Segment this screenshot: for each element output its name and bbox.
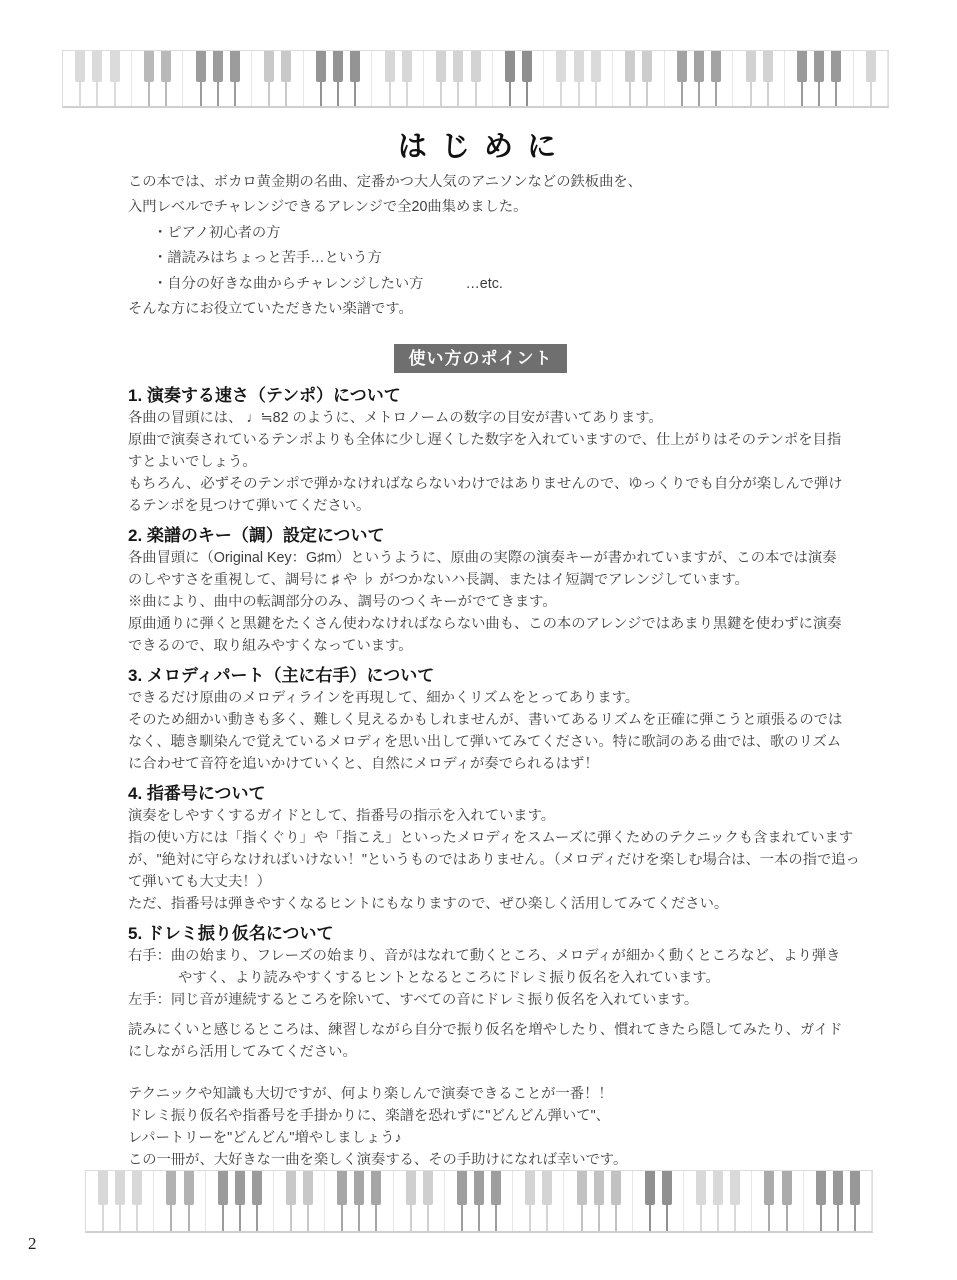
key-divider <box>170 1205 172 1231</box>
black-key <box>235 1171 245 1205</box>
black-key <box>371 1171 381 1205</box>
key-divider <box>786 1205 788 1231</box>
black-key <box>264 51 274 82</box>
key-divider <box>410 1205 412 1231</box>
section-tempo: 1. 演奏する速さ（テンポ）について 各曲の冒頭には、 ♩≒82 のように、メト… <box>128 385 928 517</box>
intro-line: この本では、ボカロ黄金期の名曲、定番かつ大人気のアニソンなどの鉄板曲を、 <box>128 170 918 195</box>
key-divider <box>427 1205 429 1231</box>
black-key <box>491 1171 501 1205</box>
intro-paragraph: この本では、ボカロ黄金期の名曲、定番かつ大人気のアニソンなどの鉄板曲を、 入門レ… <box>128 170 918 322</box>
black-key <box>303 1171 313 1205</box>
black-key <box>385 51 395 82</box>
black-key <box>782 1171 792 1205</box>
key-divider <box>239 1205 241 1231</box>
black-key <box>402 51 412 82</box>
section-heading: 3. メロディパート（主に右手）について <box>128 665 928 687</box>
section-line: のしやすさを重視して、調号に ♯ や ♭ がつかないハ長調、またはイ短調でアレン… <box>128 569 928 591</box>
section-key-setting: 2. 楽譜のキー（調）設定について 各曲冒頭に（Original Key：G♯m… <box>128 525 928 657</box>
closing-line: この一冊が、大好きな一曲を楽しく演奏する、その手助けになれば幸いです。 <box>128 1149 928 1171</box>
closing-line: レパートリーを"どんどん"増やしましょう♪ <box>128 1127 928 1149</box>
key-divider <box>750 82 752 106</box>
paragraph-line: 読みにくいと感じるところは、練習しながら自分で振り仮名を増やしたり、慣れてきたら… <box>128 1019 928 1041</box>
black-key <box>645 1171 655 1205</box>
intro-bullet-text: ・自分の好きな曲からチャレンジしたい方 <box>153 276 424 292</box>
black-key <box>132 1171 142 1205</box>
key-divider <box>234 82 236 106</box>
advice-paragraph: 読みにくいと感じるところは、練習しながら自分で振り仮名を増やしたり、慣れてきたら… <box>128 1019 928 1063</box>
key-divider <box>578 82 580 106</box>
black-key <box>696 1171 706 1205</box>
key-divider <box>406 82 408 106</box>
section-line: ただ、指番号は弾きやすくなるヒントにもなりますので、ぜひ楽しく活用してみてくださ… <box>128 893 928 915</box>
black-key <box>333 51 343 82</box>
section-line: 指の使い方には「指くぐり」や「指こえ」といったメロディをスムーズに弾くためのテク… <box>128 827 928 849</box>
key-divider <box>560 82 562 106</box>
key-divider <box>148 82 150 106</box>
black-key <box>350 51 360 82</box>
piano-keyboard-bottom <box>85 1170 873 1233</box>
key-divider <box>629 82 631 106</box>
black-key <box>713 1171 723 1205</box>
document-page: は じ め に この本では、ボカロ黄金期の名曲、定番かつ大人気のアニソンなどの鉄… <box>0 0 957 1280</box>
black-key <box>281 51 291 82</box>
section-line: もちろん、必ずそのテンポで弾かなければならないわけではありませんので、ゆっくりで… <box>128 473 928 495</box>
black-key <box>556 51 566 82</box>
section-line: に合わせて音符を追いかけていくと、自然にメロディが奏でられるはず！ <box>128 753 928 775</box>
black-key <box>522 51 532 82</box>
key-divider <box>256 1205 258 1231</box>
section-line: できるので、取り組みやすくなっています。 <box>128 635 928 657</box>
black-key <box>196 51 206 82</box>
key-divider <box>666 1205 668 1231</box>
black-key <box>316 51 326 82</box>
black-key <box>763 51 773 82</box>
key-divider <box>715 82 717 106</box>
section-line: やすく、より読みやすくするヒントとなるところにドレミ振り仮名を入れています。 <box>128 967 928 989</box>
key-divider <box>768 1205 770 1231</box>
key-divider <box>734 1205 736 1231</box>
black-key <box>746 51 756 82</box>
key-divider <box>188 1205 190 1231</box>
key-divider <box>136 1205 138 1231</box>
black-key <box>525 1171 535 1205</box>
section-melody-part: 3. メロディパート（主に右手）について できるだけ原曲のメロディラインを再現し… <box>128 665 928 775</box>
section-heading: 4. 指番号について <box>128 783 928 805</box>
section-finger-numbers: 4. 指番号について 演奏をしやすくするガイドとして、指番号の指示を入れています… <box>128 783 928 915</box>
key-divider <box>801 82 803 106</box>
key-divider <box>681 82 683 106</box>
black-key <box>161 51 171 82</box>
key-divider <box>820 1205 822 1231</box>
page-title: は じ め に <box>0 124 957 165</box>
key-divider <box>509 82 511 106</box>
section-line: なく、聴き馴染んで覚えているメロディを思い出して弾いてみてください。特に歌詞のあ… <box>128 731 928 753</box>
section-line: 原曲通りに弾くと黒鍵をたくさん使わなければならない曲も、この本のアレンジではあま… <box>128 613 928 635</box>
black-key <box>406 1171 416 1205</box>
black-key <box>184 1171 194 1205</box>
black-key <box>98 1171 108 1205</box>
key-divider <box>102 1205 104 1231</box>
key-divider <box>457 82 459 106</box>
section-heading: 2. 楽譜のキー（調）設定について <box>128 525 928 547</box>
section-line: 各曲の冒頭には、 ♩≒82 のように、メトロノームの数字の目安が書いてあります。 <box>128 407 928 429</box>
black-key <box>831 51 841 82</box>
black-key <box>577 1171 587 1205</box>
key-divider <box>96 82 98 106</box>
black-key <box>110 51 120 82</box>
black-key <box>218 1171 228 1205</box>
key-divider <box>475 82 477 106</box>
key-divider <box>119 1205 121 1231</box>
black-key <box>833 1171 843 1205</box>
intro-bullet: ・ピアノ初心者の方 <box>128 221 918 246</box>
key-divider <box>165 82 167 106</box>
key-divider <box>268 82 270 106</box>
key-divider <box>717 1205 719 1231</box>
key-divider <box>818 82 820 106</box>
key-divider <box>700 1205 702 1231</box>
black-key <box>505 51 515 82</box>
black-key <box>866 51 876 82</box>
intro-bullet: ・譜読みはちょっと苦手…という方 <box>128 246 918 271</box>
key-divider <box>222 1205 224 1231</box>
black-key <box>75 51 85 82</box>
black-key <box>252 1171 262 1205</box>
key-divider <box>461 1205 463 1231</box>
black-key <box>816 1171 826 1205</box>
section-heading: 5. ドレミ振り仮名について <box>128 923 928 945</box>
black-key <box>436 51 446 82</box>
usage-points-content: 1. 演奏する速さ（テンポ）について 各曲の冒頭には、 ♩≒82 のように、メト… <box>128 385 928 1171</box>
black-key <box>591 51 601 82</box>
key-divider <box>217 82 219 106</box>
key-divider <box>285 82 287 106</box>
black-key <box>711 51 721 82</box>
page-number: 2 <box>28 1234 37 1254</box>
intro-bullet: ・自分の好きな曲からチャレンジしたい方…etc. <box>128 272 918 297</box>
black-key <box>797 51 807 82</box>
section-line: て弾いても大丈夫！） <box>128 871 928 893</box>
key-divider <box>307 1205 309 1231</box>
usage-points-header: 使い方のポイント <box>394 344 567 373</box>
key-divider <box>698 82 700 106</box>
black-key <box>662 1171 672 1205</box>
key-divider <box>646 82 648 106</box>
key-divider <box>320 82 322 106</box>
black-key <box>625 51 635 82</box>
black-key <box>337 1171 347 1205</box>
black-key <box>850 1171 860 1205</box>
key-divider <box>440 82 442 106</box>
etc-label: …etc. <box>466 276 503 292</box>
section-line: 左手：同じ音が連続するところを除いて、すべての音にドレミ振り仮名を入れています。 <box>128 989 928 1011</box>
key-divider <box>598 1205 600 1231</box>
key-divider <box>581 1205 583 1231</box>
closing-line: テクニックや知識も大切ですが、何より楽しんで演奏できることが一番！！ <box>128 1083 928 1105</box>
intro-line: 入門レベルでチャレンジできるアレンジで全20曲集めました。 <box>128 195 918 220</box>
black-key <box>166 1171 176 1205</box>
key-divider <box>114 82 116 106</box>
key-divider <box>337 82 339 106</box>
key-divider <box>79 82 81 106</box>
key-divider <box>870 82 872 106</box>
black-key <box>574 51 584 82</box>
key-divider <box>495 1205 497 1231</box>
black-key <box>542 1171 552 1205</box>
section-line: 各曲冒頭に（Original Key：G♯m）というように、原曲の実際の演奏キー… <box>128 547 928 569</box>
key-divider <box>389 82 391 106</box>
section-line: ※曲により、曲中の転調部分のみ、調号のつくキーがでてきます。 <box>128 591 928 613</box>
section-line: が、"絶対に守らなければいけない！"というものではありません。（メロディだけを楽… <box>128 849 928 871</box>
black-key <box>764 1171 774 1205</box>
key-divider <box>835 82 837 106</box>
key-divider <box>529 1205 531 1231</box>
key-divider <box>290 1205 292 1231</box>
section-line: そのため細かい動きも多く、難しく見えるかもしれませんが、書いてあるリズムを正確に… <box>128 709 928 731</box>
key-divider <box>526 82 528 106</box>
paragraph-line: にしながら活用してみてください。 <box>128 1041 928 1063</box>
section-line: 演奏をしやすくするガイドとして、指番号の指示を入れています。 <box>128 805 928 827</box>
piano-keyboard-top <box>62 50 889 108</box>
black-key <box>677 51 687 82</box>
closing-line: ドレミ振り仮名や指番号を手掛かりに、楽譜を恐れずに"どんどん弾いて"、 <box>128 1105 928 1127</box>
section-line: 右手：曲の始まり、フレーズの始まり、音がはなれて動くところ、メロディが細かく動く… <box>128 945 928 967</box>
key-divider <box>200 82 202 106</box>
key-divider <box>375 1205 377 1231</box>
section-line: すとよいでしょう。 <box>128 451 928 473</box>
key-divider <box>837 1205 839 1231</box>
black-key <box>474 1171 484 1205</box>
black-key <box>354 1171 364 1205</box>
closing-paragraph: テクニックや知識も大切ですが、何より楽しんで演奏できることが一番！！ ドレミ振り… <box>128 1083 928 1171</box>
section-line: 原曲で演奏されているテンポよりも全体に少し遅くした数字を入れていますので、仕上が… <box>128 429 928 451</box>
black-key <box>814 51 824 82</box>
key-divider <box>615 1205 617 1231</box>
black-key <box>471 51 481 82</box>
black-key <box>594 1171 604 1205</box>
black-key <box>423 1171 433 1205</box>
key-divider <box>354 82 356 106</box>
key-divider <box>546 1205 548 1231</box>
section-line: るテンポを見つけて弾いてください。 <box>128 495 928 517</box>
key-divider <box>767 82 769 106</box>
black-key <box>694 51 704 82</box>
black-key <box>286 1171 296 1205</box>
key-divider <box>854 1205 856 1231</box>
key-divider <box>649 1205 651 1231</box>
black-key <box>230 51 240 82</box>
black-key <box>730 1171 740 1205</box>
black-key <box>453 51 463 82</box>
key-divider <box>478 1205 480 1231</box>
black-key <box>115 1171 125 1205</box>
black-key <box>611 1171 621 1205</box>
intro-closing-line: そんな方にお役立ていただきたい楽譜です。 <box>128 297 918 322</box>
section-heading: 1. 演奏する速さ（テンポ）について <box>128 385 928 407</box>
black-key <box>92 51 102 82</box>
black-key <box>144 51 154 82</box>
key-divider <box>358 1205 360 1231</box>
key-divider <box>595 82 597 106</box>
black-key <box>457 1171 467 1205</box>
black-key <box>642 51 652 82</box>
black-key <box>213 51 223 82</box>
section-line: できるだけ原曲のメロディラインを再現して、細かくリズムをとってあります。 <box>128 687 928 709</box>
key-divider <box>341 1205 343 1231</box>
section-doremi-kana: 5. ドレミ振り仮名について 右手：曲の始まり、フレーズの始まり、音がはなれて動… <box>128 923 928 1011</box>
